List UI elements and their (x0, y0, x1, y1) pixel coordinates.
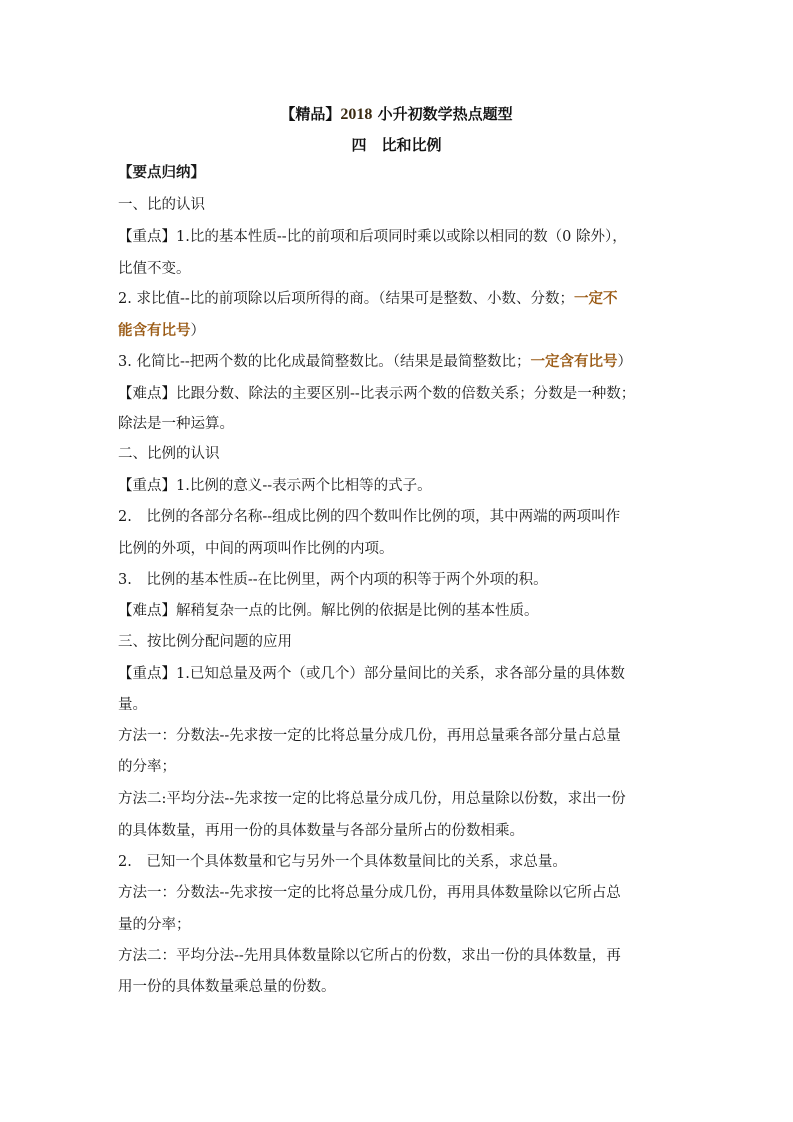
text-line: 的分率； (118, 757, 678, 777)
line-text: 3. 比例的基本性质--在比例里，两个内项的积等于两个外项的积。 (118, 572, 548, 588)
text-line: 方法二：平均分法--先用具体数量除以它所占的份数，求出一份的具体数量，再 (118, 946, 678, 966)
text-line: 量。 (118, 695, 678, 715)
text-line: 方法一：分数法--先求按一定的比将总量分成几份，再用具体数量除以它所占总 (118, 883, 678, 903)
text-line: 三、按比例分配问题的应用 (118, 632, 678, 652)
line-text: 比跟分数、除法的主要区别--比表示两个数的倍数关系；分数是一种数； (176, 386, 635, 402)
line-text: 一、比的认识 (118, 197, 205, 213)
line-text: 量的分率； (118, 917, 191, 933)
line-tag: 【重点】 (118, 229, 176, 245)
text-line: 【难点】比跟分数、除法的主要区别--比表示两个数的倍数关系；分数是一种数； (118, 384, 678, 404)
line-text: 二、比例的认识 (118, 446, 220, 462)
text-line: 【重点】1.比例的意义--表示两个比相等的式子。 (118, 476, 678, 496)
document-subtitle: 四 比和比例 (0, 134, 793, 155)
text-line: 3. 化简比--把两个数的比化成最简整数比。（结果是最简整数比；一定含有比号） (118, 352, 678, 372)
line-text: 1.比的基本性质--比的前项和后项同时乘以或除以相同的数（0 除外）， (176, 229, 627, 245)
line-text: 除法是一种运算。 (118, 416, 234, 432)
line-text: 2. 求比值--比的前项除以后项所得的商。（结果可是整数、小数、分数； (118, 291, 574, 307)
text-line: 比例的外项，中间的两项叫作比例的内项。 (118, 539, 678, 559)
text-line: 一、比的认识 (118, 195, 678, 215)
title-prefix: 【精品】 (280, 105, 340, 123)
section-header: 【要点归纳】 (118, 163, 678, 183)
line-text: 3. 化简比--把两个数的比化成最简整数比。（结果是最简整数比； (118, 354, 531, 370)
line-tag: 【重点】 (118, 478, 176, 494)
text-line: 量的分率； (118, 915, 678, 935)
line-tag: 【重点】 (118, 666, 176, 682)
line-text: 方法一：分数法--先求按一定的比将总量分成几份，再用具体数量除以它所占总 (118, 885, 621, 901)
line-text: 2. 比例的各部分名称--组成比例的四个数叫作比例的项，其中两端的两项叫作 (118, 509, 620, 525)
text-line: 二、比例的认识 (118, 444, 678, 464)
line-tag: 【难点】 (118, 386, 176, 402)
text-line: 的具体数量，再用一份的具体数量与各部分量所占的份数相乘。 (118, 821, 678, 841)
text-line: 除法是一种运算。 (118, 414, 678, 434)
line-text: 1.比例的意义--表示两个比相等的式子。 (176, 478, 432, 494)
line-text: 量。 (118, 697, 147, 713)
text-line: 方法二:平均分法--先求按一定的比将总量分成几份，用总量除以份数，求出一份 (118, 789, 678, 809)
text-line: 【重点】1.比的基本性质--比的前项和后项同时乘以或除以相同的数（0 除外）， (118, 227, 678, 247)
text-line: 方法一：分数法--先求按一定的比将总量分成几份，再用总量乘各部分量占总量 (118, 726, 678, 746)
line-text: 解稍复杂一点的比例。解比例的依据是比例的基本性质。 (176, 603, 539, 619)
line-text: 用一份的具体数量乘总量的份数。 (118, 979, 336, 995)
text-line: 2. 已知一个具体数量和它与另外一个具体数量间比的关系，求总量。 (118, 852, 678, 872)
title-suffix: 小升初数学热点题型 (372, 105, 512, 123)
line-text: 的具体数量，再用一份的具体数量与各部分量所占的份数相乘。 (118, 823, 524, 839)
line-text: 2. 已知一个具体数量和它与另外一个具体数量间比的关系，求总量。 (118, 854, 567, 870)
text-line: 3. 比例的基本性质--在比例里，两个内项的积等于两个外项的积。 (118, 570, 678, 590)
text-line: 【重点】1.已知总量及两个（或几个）部分量间比的关系，求各部分量的具体数 (118, 664, 678, 684)
line-text: 的分率； (118, 759, 176, 775)
text-line: 用一份的具体数量乘总量的份数。 (118, 977, 678, 997)
line-text: 方法二：平均分法--先用具体数量除以它所占的份数，求出一份的具体数量，再 (118, 948, 621, 964)
line-text: 三、按比例分配问题的应用 (118, 634, 292, 650)
text-line: 2. 比例的各部分名称--组成比例的四个数叫作比例的项，其中两端的两项叫作 (118, 507, 678, 527)
line-tag: 【难点】 (118, 603, 176, 619)
text-line: 【难点】解稍复杂一点的比例。解比例的依据是比例的基本性质。 (118, 601, 678, 621)
line-text: 1.已知总量及两个（或几个）部分量间比的关系，求各部分量的具体数 (176, 666, 625, 682)
highlighted-text: 一定不 (574, 291, 618, 307)
line-text: 比值不变。 (118, 261, 191, 277)
text-line: 2. 求比值--比的前项除以后项所得的商。（结果可是整数、小数、分数；一定不 (118, 289, 678, 309)
highlighted-text: 一定含有比号 (531, 354, 618, 370)
line-text-after: ） (618, 354, 633, 370)
line-text: 比例的外项，中间的两项叫作比例的内项。 (118, 541, 394, 557)
line-text: 方法一：分数法--先求按一定的比将总量分成几份，再用总量乘各部分量占总量 (118, 728, 621, 744)
highlighted-text: 能含有比号 (118, 323, 191, 339)
title-year: 2018 (340, 106, 372, 123)
document-title: 【精品】2018 小升初数学热点题型 (0, 103, 793, 124)
text-line: 比值不变。 (118, 259, 678, 279)
text-line: 能含有比号） (118, 321, 678, 341)
line-text: 方法二:平均分法--先求按一定的比将总量分成几份，用总量除以份数，求出一份 (118, 791, 626, 807)
line-text-after: ） (191, 323, 206, 339)
